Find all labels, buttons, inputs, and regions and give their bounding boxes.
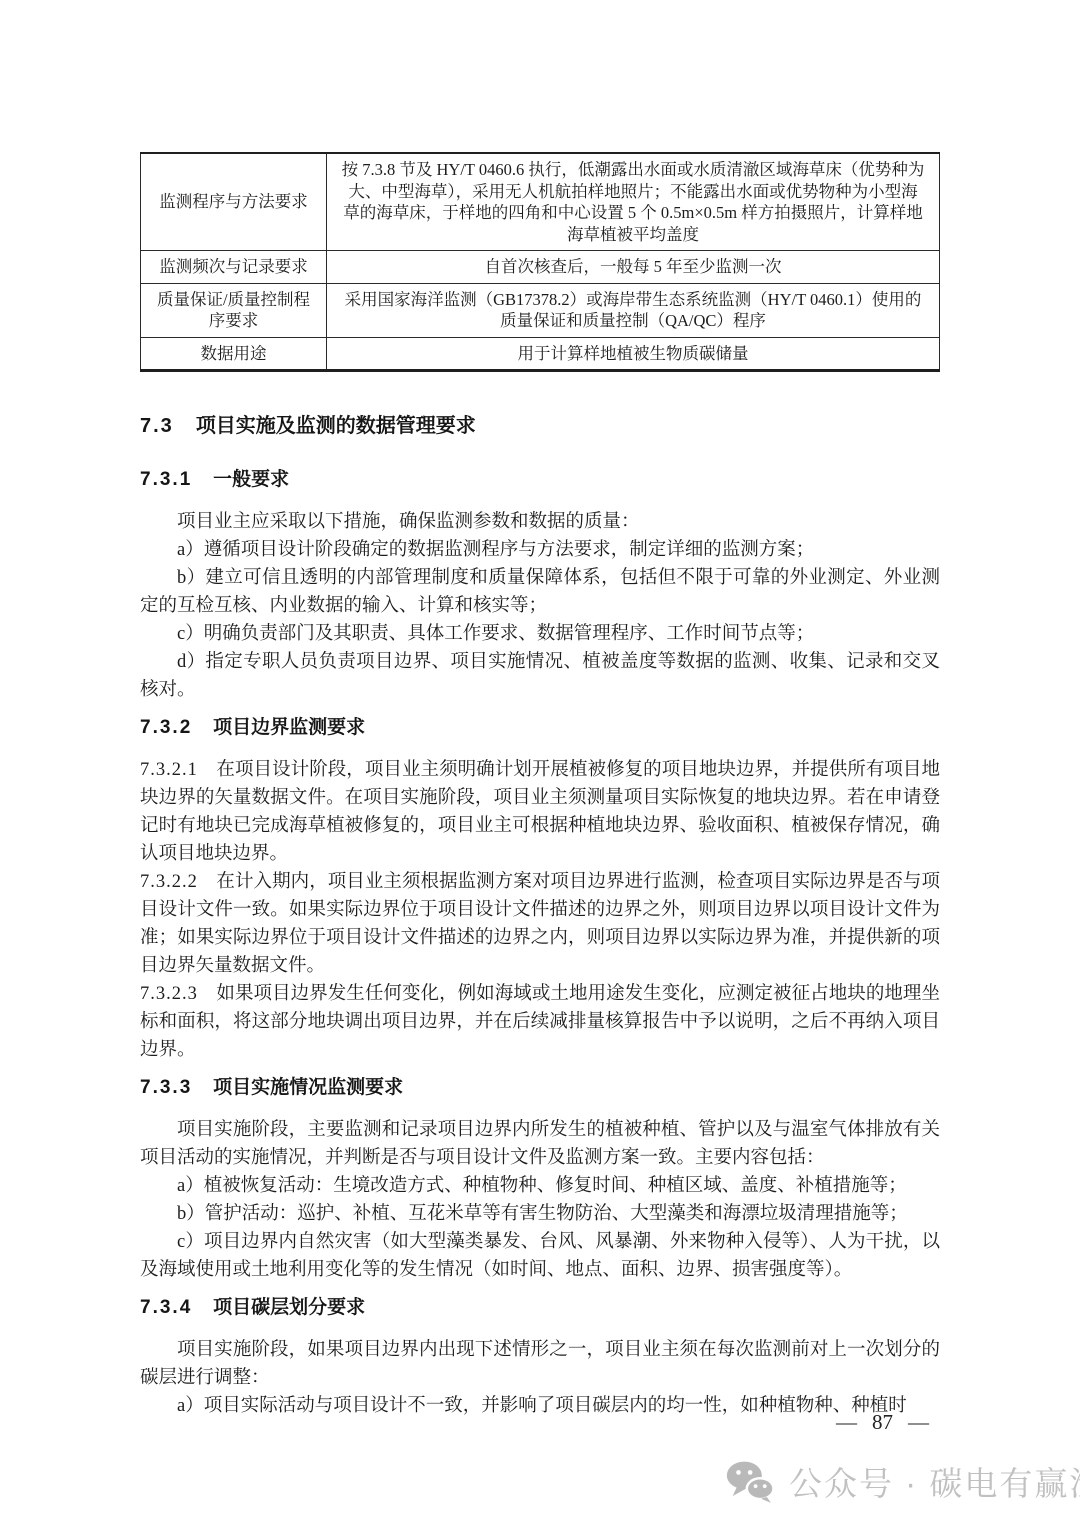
clause-7-3-2-2: 7.3.2.2在计入期内，项目业主须根据监测方案对项目边界进行监测，检查项目实际…: [140, 868, 940, 980]
section-heading-7-3-2: 7.3.2项目边界监测要求: [140, 714, 940, 742]
section-heading-7-3: 7.3项目实施及监测的数据管理要求: [140, 412, 940, 440]
row-label-usage: 数据用途: [141, 337, 327, 371]
watermark-text: 公众号 · 碳电有赢渔: [789, 1458, 1080, 1505]
list-item-731-a: a）遵循项目设计阶段确定的数据监测程序与方法要求，制定详细的监测方案；: [140, 536, 940, 564]
section-title: 项目边界监测要求: [213, 717, 365, 738]
row-value-qaqc: 采用国家海洋监测（GB17378.2）或海岸带生态系统监测（HY/T 0460.…: [327, 283, 940, 337]
table-row: 数据用途 用于计算样地植被生物质碳储量: [141, 337, 940, 371]
page-content: 监测程序与方法要求 按 7.3.8 节及 HY/T 0460.6 执行，低潮露出…: [140, 152, 940, 1420]
paragraph-734-intro: 项目实施阶段，如果项目边界内出现下述情形之一，项目业主须在每次监测前对上一次划分…: [140, 1336, 940, 1392]
list-item-733-c: c）项目边界内自然灾害（如大型藻类暴发、台风、风暴潮、外来物种入侵等）、人为干扰…: [140, 1228, 940, 1284]
section-number: 7.3.1: [140, 469, 192, 490]
monitoring-spec-table: 监测程序与方法要求 按 7.3.8 节及 HY/T 0460.6 执行，低潮露出…: [140, 152, 940, 372]
page-number-dash-left: —: [836, 1410, 857, 1435]
page-number-value: 87: [872, 1410, 893, 1435]
list-item-734-a: a）项目实际活动与项目设计不一致，并影响了项目碳层内的均一性，如种植物种、种植时: [140, 1392, 940, 1420]
section-title: 一般要求: [213, 469, 289, 490]
row-value-procedure: 按 7.3.8 节及 HY/T 0460.6 执行，低潮露出水面或水质清澈区域海…: [327, 153, 940, 251]
watermark: 公众号 · 碳电有赢渔: [726, 1458, 1080, 1505]
section-number: 7.3.4: [140, 1297, 192, 1318]
row-value-usage: 用于计算样地植被生物质碳储量: [327, 337, 940, 371]
clause-number: 7.3.2.3: [140, 984, 198, 1004]
list-item-731-b: b）建立可信且透明的内部管理制度和质量保障体系，包括但不限于可靠的外业测定、外业…: [140, 564, 940, 620]
clause-text: 在项目设计阶段，项目业主须明确计划开展植被修复的项目地块边界，并提供所有项目地块…: [140, 760, 940, 864]
section-heading-7-3-4: 7.3.4项目碳层划分要求: [140, 1294, 940, 1322]
list-item-733-a: a）植被恢复活动：生境改造方式、种植物种、修复时间、种植区域、盖度、补植措施等；: [140, 1172, 940, 1200]
section-title: 项目实施情况监测要求: [213, 1077, 403, 1098]
document-page: 监测程序与方法要求 按 7.3.8 节及 HY/T 0460.6 执行，低潮露出…: [0, 0, 1080, 1528]
clause-text: 如果项目边界发生任何变化，例如海域或土地用途发生变化，应测定被征占地块的地理坐标…: [140, 984, 940, 1060]
section-title: 项目实施及监测的数据管理要求: [196, 415, 476, 437]
section-number: 7.3: [140, 415, 174, 437]
table-row: 监测程序与方法要求 按 7.3.8 节及 HY/T 0460.6 执行，低潮露出…: [141, 153, 940, 251]
table-row: 质量保证/质量控制程序要求 采用国家海洋监测（GB17378.2）或海岸带生态系…: [141, 283, 940, 337]
clause-number: 7.3.2.1: [140, 760, 198, 780]
section-number: 7.3.2: [140, 717, 192, 738]
row-label-frequency: 监测频次与记录要求: [141, 251, 327, 284]
section-title: 项目碳层划分要求: [213, 1297, 365, 1318]
clause-text: 在计入期内，项目业主须根据监测方案对项目边界进行监测，检查项目实际边界是否与项目…: [140, 872, 940, 976]
section-heading-7-3-1: 7.3.1一般要求: [140, 466, 940, 494]
list-item-733-b: b）管护活动：巡护、补植、互花米草等有害生物防治、大型藻类和海漂垃圾清理措施等；: [140, 1200, 940, 1228]
wechat-icon: [726, 1460, 776, 1504]
paragraph-733-intro: 项目实施阶段，主要监测和记录项目边界内所发生的植被种植、管护以及与温室气体排放有…: [140, 1116, 940, 1172]
row-value-frequency: 自首次核查后，一般每 5 年至少监测一次: [327, 251, 940, 284]
clause-7-3-2-1: 7.3.2.1在项目设计阶段，项目业主须明确计划开展植被修复的项目地块边界，并提…: [140, 756, 940, 868]
page-number-dash-right: —: [908, 1410, 929, 1435]
page-number: — 87 —: [836, 1410, 929, 1435]
section-heading-7-3-3: 7.3.3项目实施情况监测要求: [140, 1074, 940, 1102]
clause-7-3-2-3: 7.3.2.3如果项目边界发生任何变化，例如海域或土地用途发生变化，应测定被征占…: [140, 980, 940, 1064]
clause-number: 7.3.2.2: [140, 872, 198, 892]
section-number: 7.3.3: [140, 1077, 192, 1098]
list-item-731-c: c）明确负责部门及其职责、具体工作要求、数据管理程序、工作时间节点等；: [140, 620, 940, 648]
row-label-qaqc: 质量保证/质量控制程序要求: [141, 283, 327, 337]
list-item-731-d: d）指定专职人员负责项目边界、项目实施情况、植被盖度等数据的监测、收集、记录和交…: [140, 648, 940, 704]
row-label-procedure: 监测程序与方法要求: [141, 153, 327, 251]
paragraph-731-intro: 项目业主应采取以下措施，确保监测参数和数据的质量：: [140, 508, 940, 536]
table-row: 监测频次与记录要求 自首次核查后，一般每 5 年至少监测一次: [141, 251, 940, 284]
